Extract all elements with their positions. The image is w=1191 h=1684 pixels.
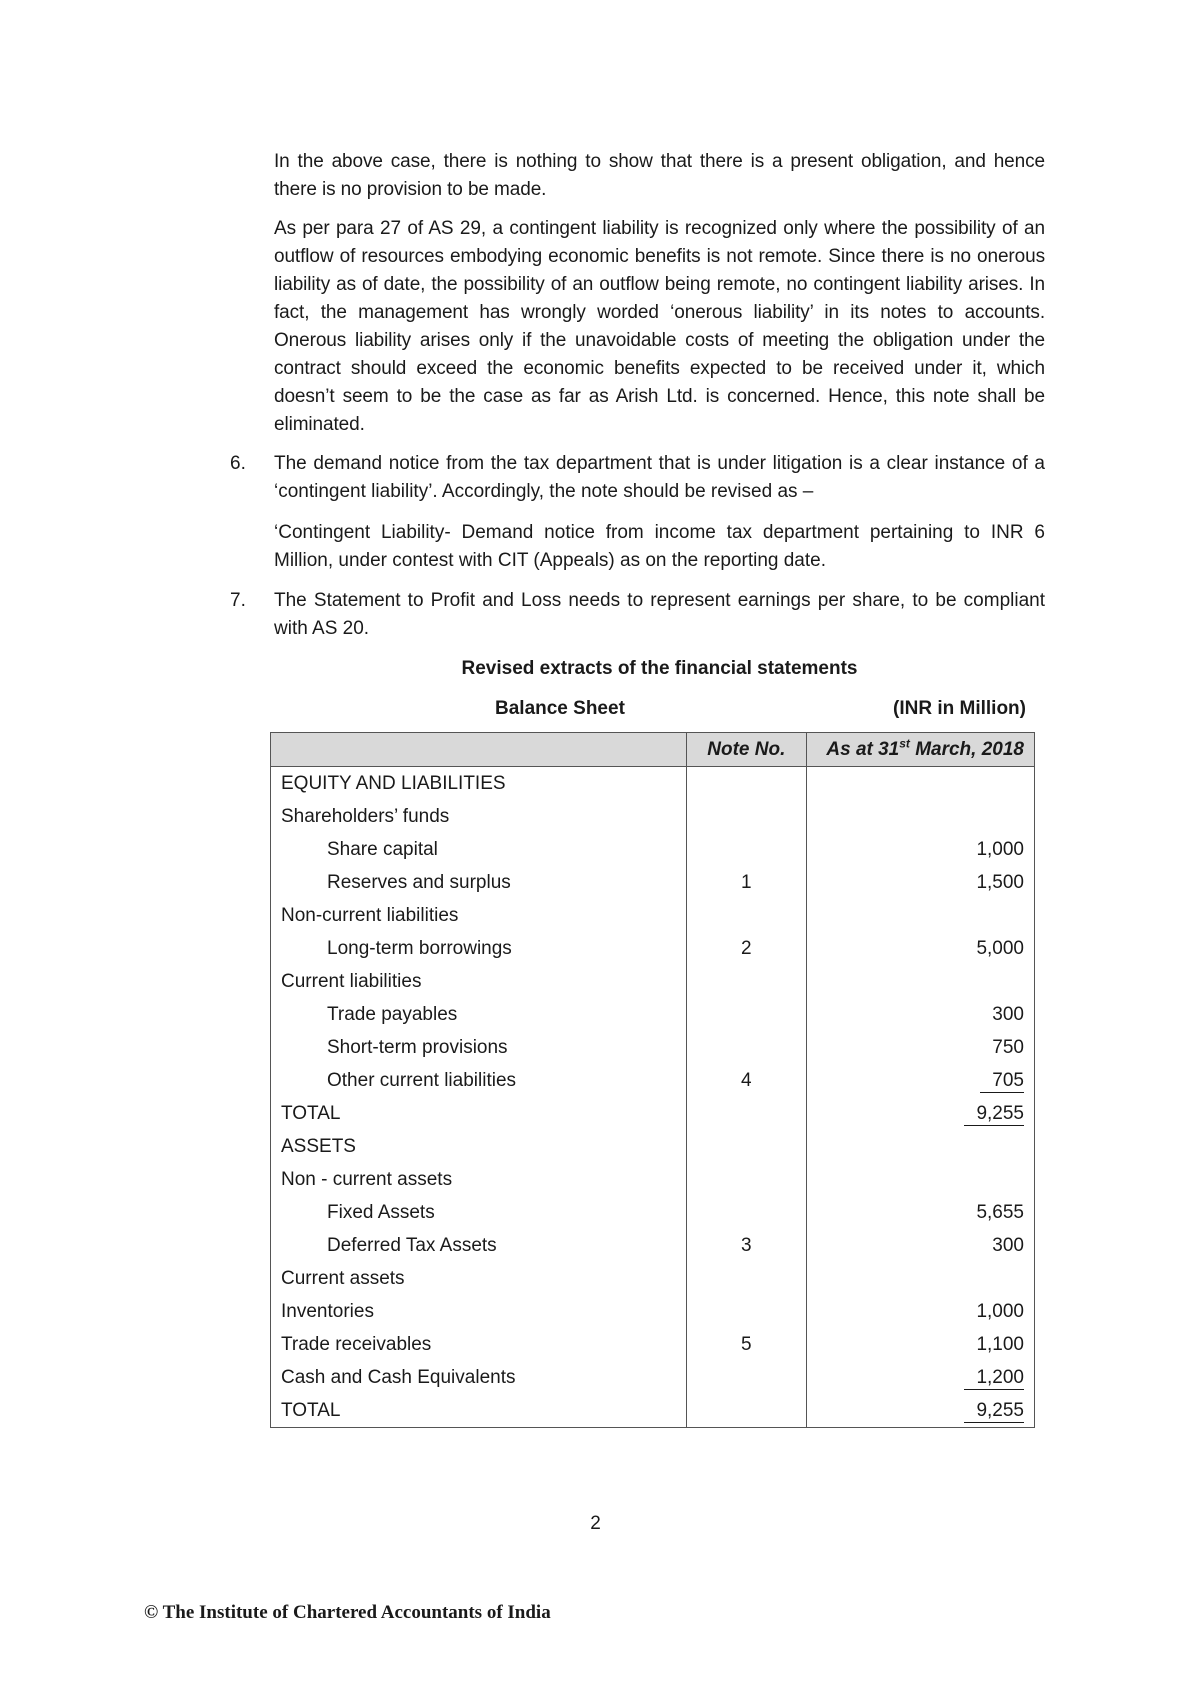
table-row: Trade receivables51,100 — [271, 1328, 1035, 1361]
header-date-suffix: March, 2018 — [910, 739, 1024, 760]
table-row: Current liabilities — [271, 965, 1035, 998]
row-label: Share capital — [271, 833, 687, 866]
header-date-prefix: As at 31 — [826, 739, 899, 760]
row-value-cell: 705 — [806, 1064, 1034, 1097]
list-number: 7. — [230, 587, 260, 615]
table-row: Deferred Tax Assets3300 — [271, 1229, 1035, 1262]
list-number: 6. — [230, 450, 260, 478]
unit-label: (INR in Million) — [893, 695, 1026, 723]
row-label: Trade payables — [271, 998, 687, 1031]
row-value: 1,200 — [964, 1367, 1024, 1390]
row-note-no — [686, 1097, 806, 1130]
row-note-no — [686, 998, 806, 1031]
row-label: ASSETS — [271, 1130, 687, 1163]
row-value-cell: 1,100 — [806, 1328, 1034, 1361]
row-value: 750 — [992, 1037, 1024, 1058]
row-label: Non-current liabilities — [271, 899, 687, 932]
paragraph-contingent-liability: As per para 27 of AS 29, a contingent li… — [274, 215, 1045, 439]
table-row: Other current liabilities4705 — [271, 1064, 1035, 1097]
row-value: 300 — [992, 1004, 1024, 1025]
row-value: 5,655 — [976, 1202, 1024, 1223]
row-note-no — [686, 965, 806, 998]
list-text: The Statement to Profit and Loss needs t… — [274, 587, 1045, 643]
row-value: 705 — [980, 1070, 1024, 1093]
row-label: Non - current assets — [271, 1163, 687, 1196]
header-as-at-date: As at 31st March, 2018 — [806, 733, 1034, 767]
header-date-sup: st — [899, 736, 910, 750]
row-note-no — [686, 767, 806, 801]
row-value-cell: 300 — [806, 998, 1034, 1031]
row-value-cell — [806, 767, 1034, 801]
table-row: Fixed Assets5,655 — [271, 1196, 1035, 1229]
table-row: TOTAL9,255 — [271, 1097, 1035, 1130]
row-value: 1,100 — [976, 1334, 1024, 1355]
table-row: ASSETS — [271, 1130, 1035, 1163]
row-note-no — [686, 899, 806, 932]
row-note-no — [686, 1163, 806, 1196]
row-value-cell — [806, 899, 1034, 932]
row-value-cell: 5,000 — [806, 932, 1034, 965]
row-value-cell — [806, 965, 1034, 998]
row-label: Fixed Assets — [271, 1196, 687, 1229]
row-note-no: 2 — [686, 932, 806, 965]
row-label: EQUITY AND LIABILITIES — [271, 767, 687, 801]
table-header-row: Note No. As at 31st March, 2018 — [271, 733, 1035, 767]
table-body: EQUITY AND LIABILITIESShareholders’ fund… — [271, 767, 1035, 1428]
table-row: Reserves and surplus11,500 — [271, 866, 1035, 899]
row-label: Short-term provisions — [271, 1031, 687, 1064]
row-value: 9,255 — [964, 1400, 1024, 1423]
row-note-no — [686, 1361, 806, 1394]
document-page: In the above case, there is nothing to s… — [0, 0, 1191, 1684]
row-note-no — [686, 833, 806, 866]
row-note-no: 5 — [686, 1328, 806, 1361]
section-title: Revised extracts of the financial statem… — [274, 655, 1045, 683]
row-label: Long-term borrowings — [271, 932, 687, 965]
table-row: EQUITY AND LIABILITIES — [271, 767, 1035, 801]
quote-text: ‘Contingent Liability- Demand notice fro… — [274, 519, 1045, 575]
table-row: Inventories1,000 — [271, 1295, 1035, 1328]
row-note-no — [686, 1196, 806, 1229]
row-value-cell: 1,000 — [806, 833, 1034, 866]
row-label: Trade receivables — [271, 1328, 687, 1361]
row-note-no — [686, 1262, 806, 1295]
row-note-no: 3 — [686, 1229, 806, 1262]
row-value-cell: 5,655 — [806, 1196, 1034, 1229]
row-label: TOTAL — [271, 1097, 687, 1130]
copyright-footer: © The Institute of Chartered Accountants… — [144, 1602, 551, 1624]
table-row: Current assets — [271, 1262, 1035, 1295]
row-value: 1,000 — [976, 1301, 1024, 1322]
table-row: Long-term borrowings25,000 — [271, 932, 1035, 965]
paragraph-no-obligation: In the above case, there is nothing to s… — [274, 148, 1045, 204]
table-row: Share capital1,000 — [271, 833, 1035, 866]
row-note-no: 4 — [686, 1064, 806, 1097]
row-label: Inventories — [271, 1295, 687, 1328]
row-label: Current assets — [271, 1262, 687, 1295]
header-note-no: Note No. — [686, 733, 806, 767]
table-row: Trade payables300 — [271, 998, 1035, 1031]
table-row: Non-current liabilities — [271, 899, 1035, 932]
table-row: Cash and Cash Equivalents1,200 — [271, 1361, 1035, 1394]
row-value-cell — [806, 1262, 1034, 1295]
row-label: Deferred Tax Assets — [271, 1229, 687, 1262]
row-value-cell: 1,000 — [806, 1295, 1034, 1328]
row-value: 5,000 — [976, 938, 1024, 959]
row-value-cell: 9,255 — [806, 1097, 1034, 1130]
row-note-no — [686, 800, 806, 833]
row-value: 300 — [992, 1235, 1024, 1256]
row-label: TOTAL — [271, 1394, 687, 1428]
row-note-no: 1 — [686, 866, 806, 899]
row-value-cell: 750 — [806, 1031, 1034, 1064]
table-row: Shareholders’ funds — [271, 800, 1035, 833]
row-value-cell: 300 — [806, 1229, 1034, 1262]
row-value: 1,500 — [976, 872, 1024, 893]
row-note-no — [686, 1031, 806, 1064]
table-row: TOTAL9,255 — [271, 1394, 1035, 1428]
list-text: The demand notice from the tax departmen… — [274, 450, 1045, 506]
row-value-cell: 1,500 — [806, 866, 1034, 899]
row-value: 9,255 — [964, 1103, 1024, 1126]
table-row: Short-term provisions750 — [271, 1031, 1035, 1064]
header-particulars — [271, 733, 687, 767]
page-number: 2 — [0, 1513, 1191, 1535]
row-value-cell — [806, 800, 1034, 833]
row-label: Other current liabilities — [271, 1064, 687, 1097]
row-value: 1,000 — [976, 839, 1024, 860]
row-value-cell — [806, 1163, 1034, 1196]
row-label: Cash and Cash Equivalents — [271, 1361, 687, 1394]
balance-sheet-title: Balance Sheet — [495, 695, 625, 723]
row-value-cell: 1,200 — [806, 1361, 1034, 1394]
row-label: Shareholders’ funds — [271, 800, 687, 833]
row-value-cell — [806, 1130, 1034, 1163]
row-note-no — [686, 1130, 806, 1163]
table-row: Non - current assets — [271, 1163, 1035, 1196]
balance-sheet-table: Note No. As at 31st March, 2018 EQUITY A… — [270, 732, 1035, 1428]
row-note-no — [686, 1295, 806, 1328]
row-label: Reserves and surplus — [271, 866, 687, 899]
row-label: Current liabilities — [271, 965, 687, 998]
row-value-cell: 9,255 — [806, 1394, 1034, 1428]
row-note-no — [686, 1394, 806, 1428]
